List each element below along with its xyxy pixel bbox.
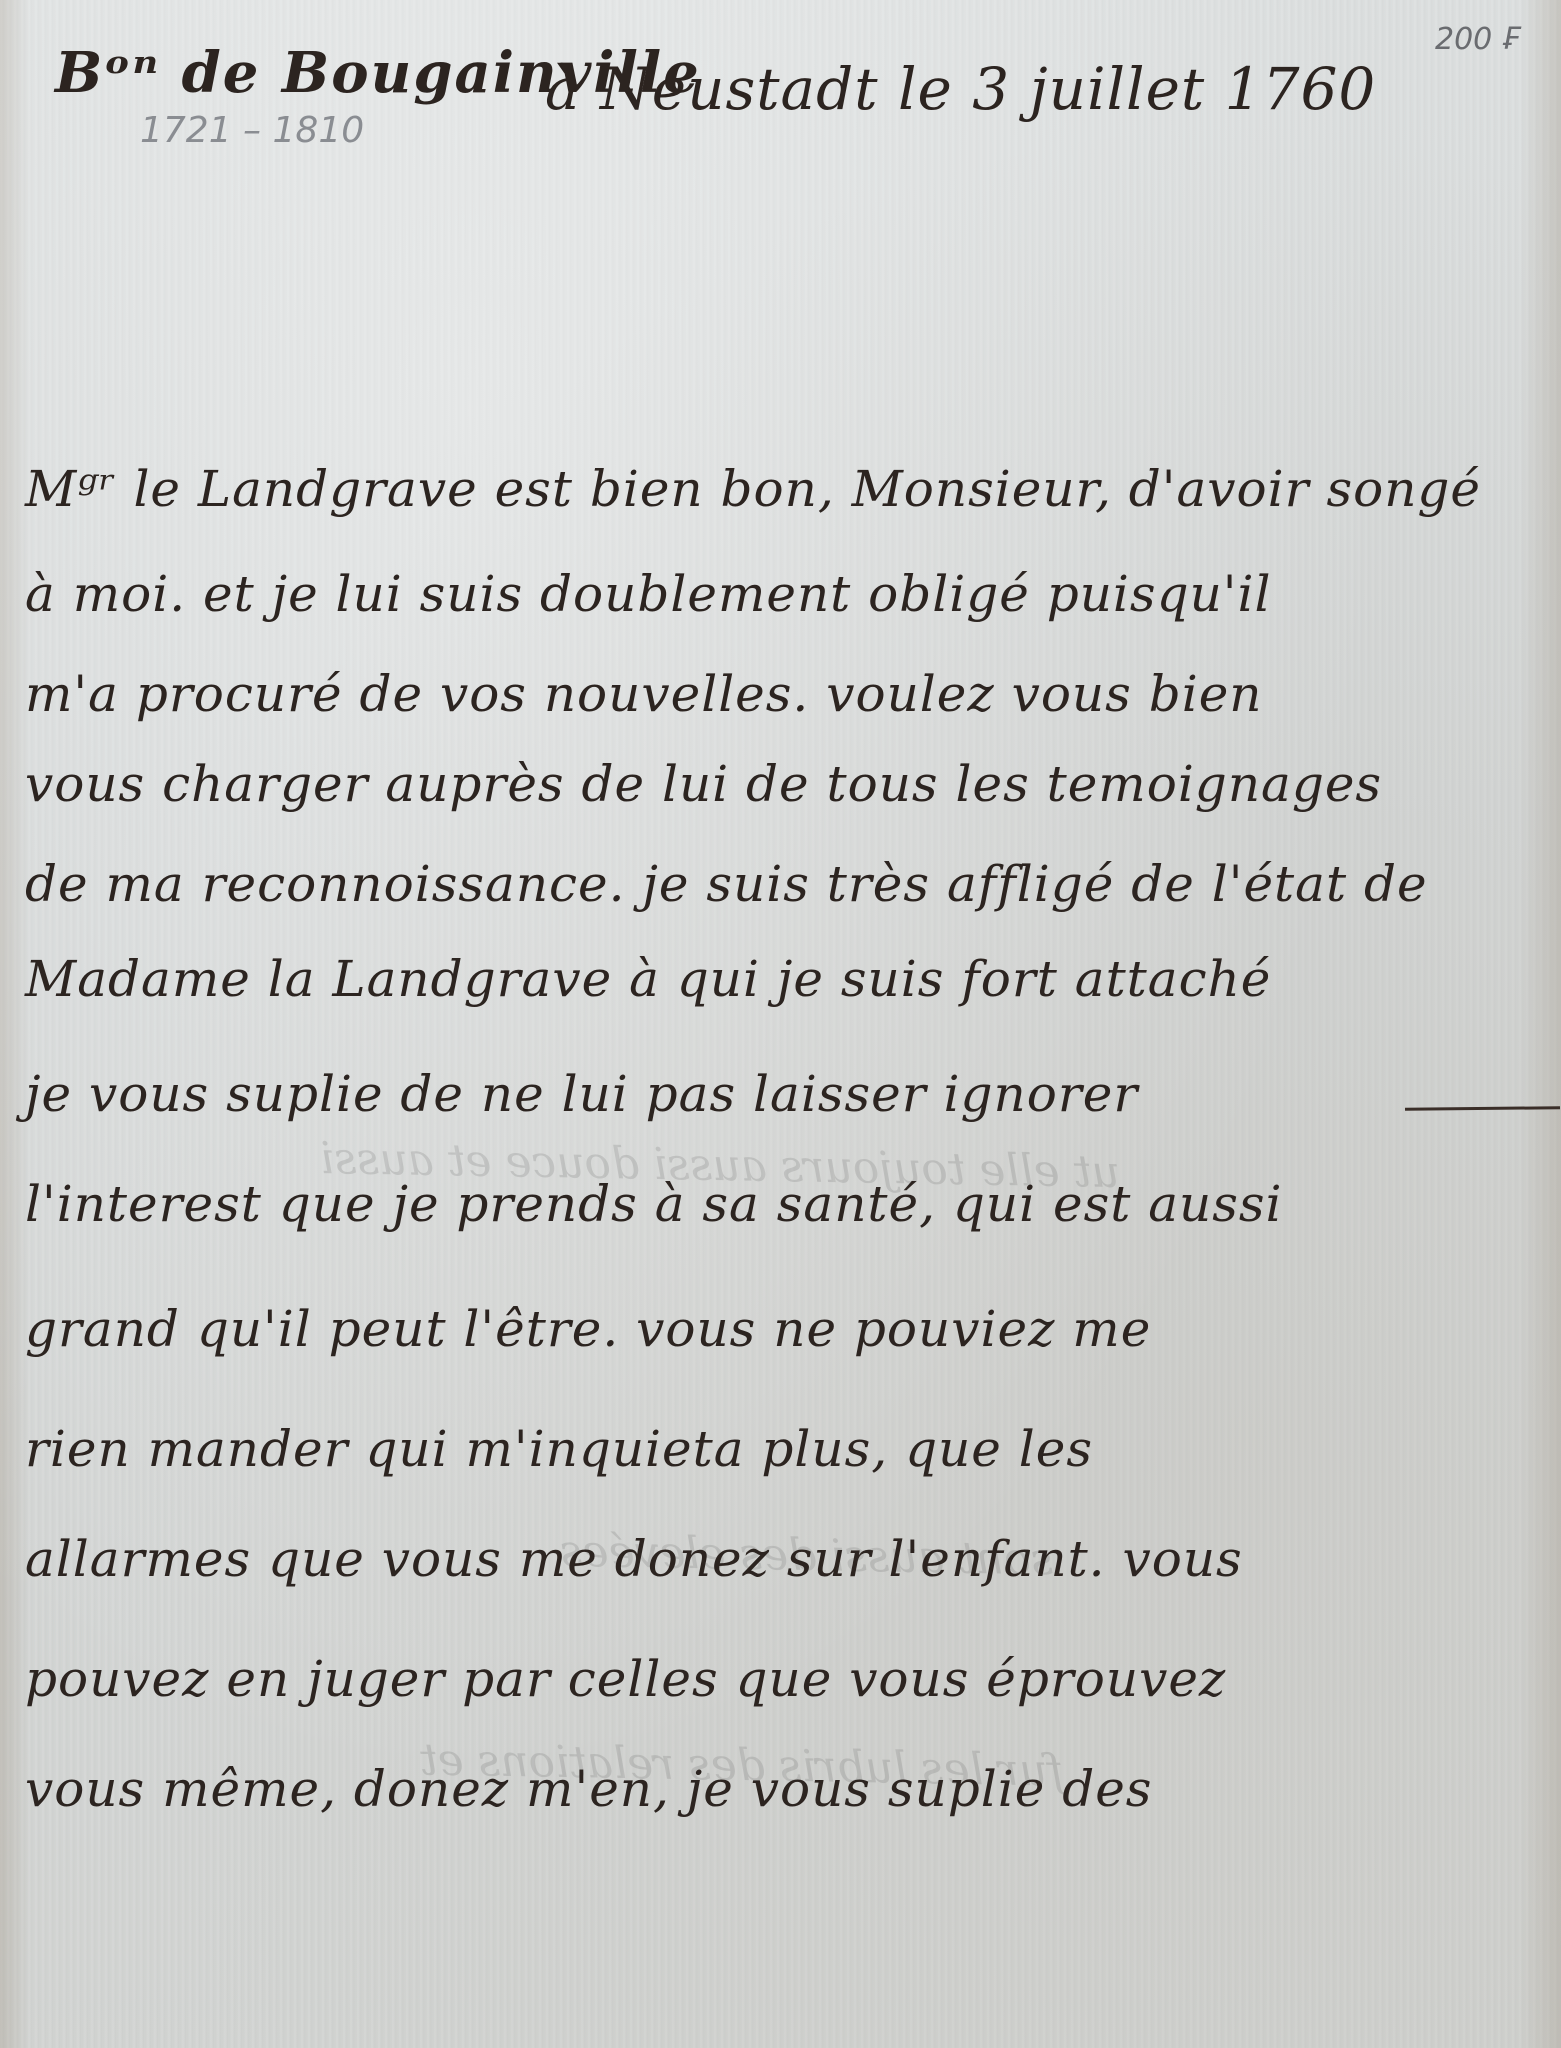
letter-line: pouvez en juger par celles que vous épro… — [25, 1650, 1226, 1708]
letter-line: de ma reconnoissance. je suis très affli… — [25, 855, 1428, 913]
place-date-line: à Neustadt le 3 juillet 1760 — [545, 55, 1376, 123]
letter-line: grand qu'il peut l'être. vous ne pouviez… — [25, 1300, 1151, 1358]
line-filler-dash — [1405, 1106, 1560, 1111]
letter-line: rien mander qui m'inquieta plus, que les — [25, 1420, 1093, 1478]
letter-line: vous charger auprès de lui de tous les t… — [25, 755, 1382, 813]
lifespan-pencil-note: 1721 – 1810 — [140, 110, 364, 151]
letter-page: ut elle toujours aussi douce et aussi so… — [0, 0, 1561, 2048]
letter-line: allarmes que vous me donez sur l'enfant.… — [25, 1530, 1243, 1588]
letter-line: m'a procuré de vos nouvelles. voulez vou… — [25, 665, 1262, 723]
letter-line: vous même, donez m'en, je vous suplie de… — [25, 1760, 1152, 1818]
price-pencil-note: 200 ₣ — [1435, 22, 1521, 57]
letter-line: Madame la Landgrave à qui je suis fort a… — [25, 950, 1271, 1008]
letter-line: Mᵍʳ le Landgrave est bien bon, Monsieur,… — [25, 460, 1481, 518]
letter-line: à moi. et je lui suis doublement obligé … — [25, 565, 1272, 623]
letter-line: l'interest que je prends à sa santé, qui… — [25, 1175, 1283, 1233]
letter-line: je vous suplie de ne lui pas laisser ign… — [25, 1065, 1138, 1123]
